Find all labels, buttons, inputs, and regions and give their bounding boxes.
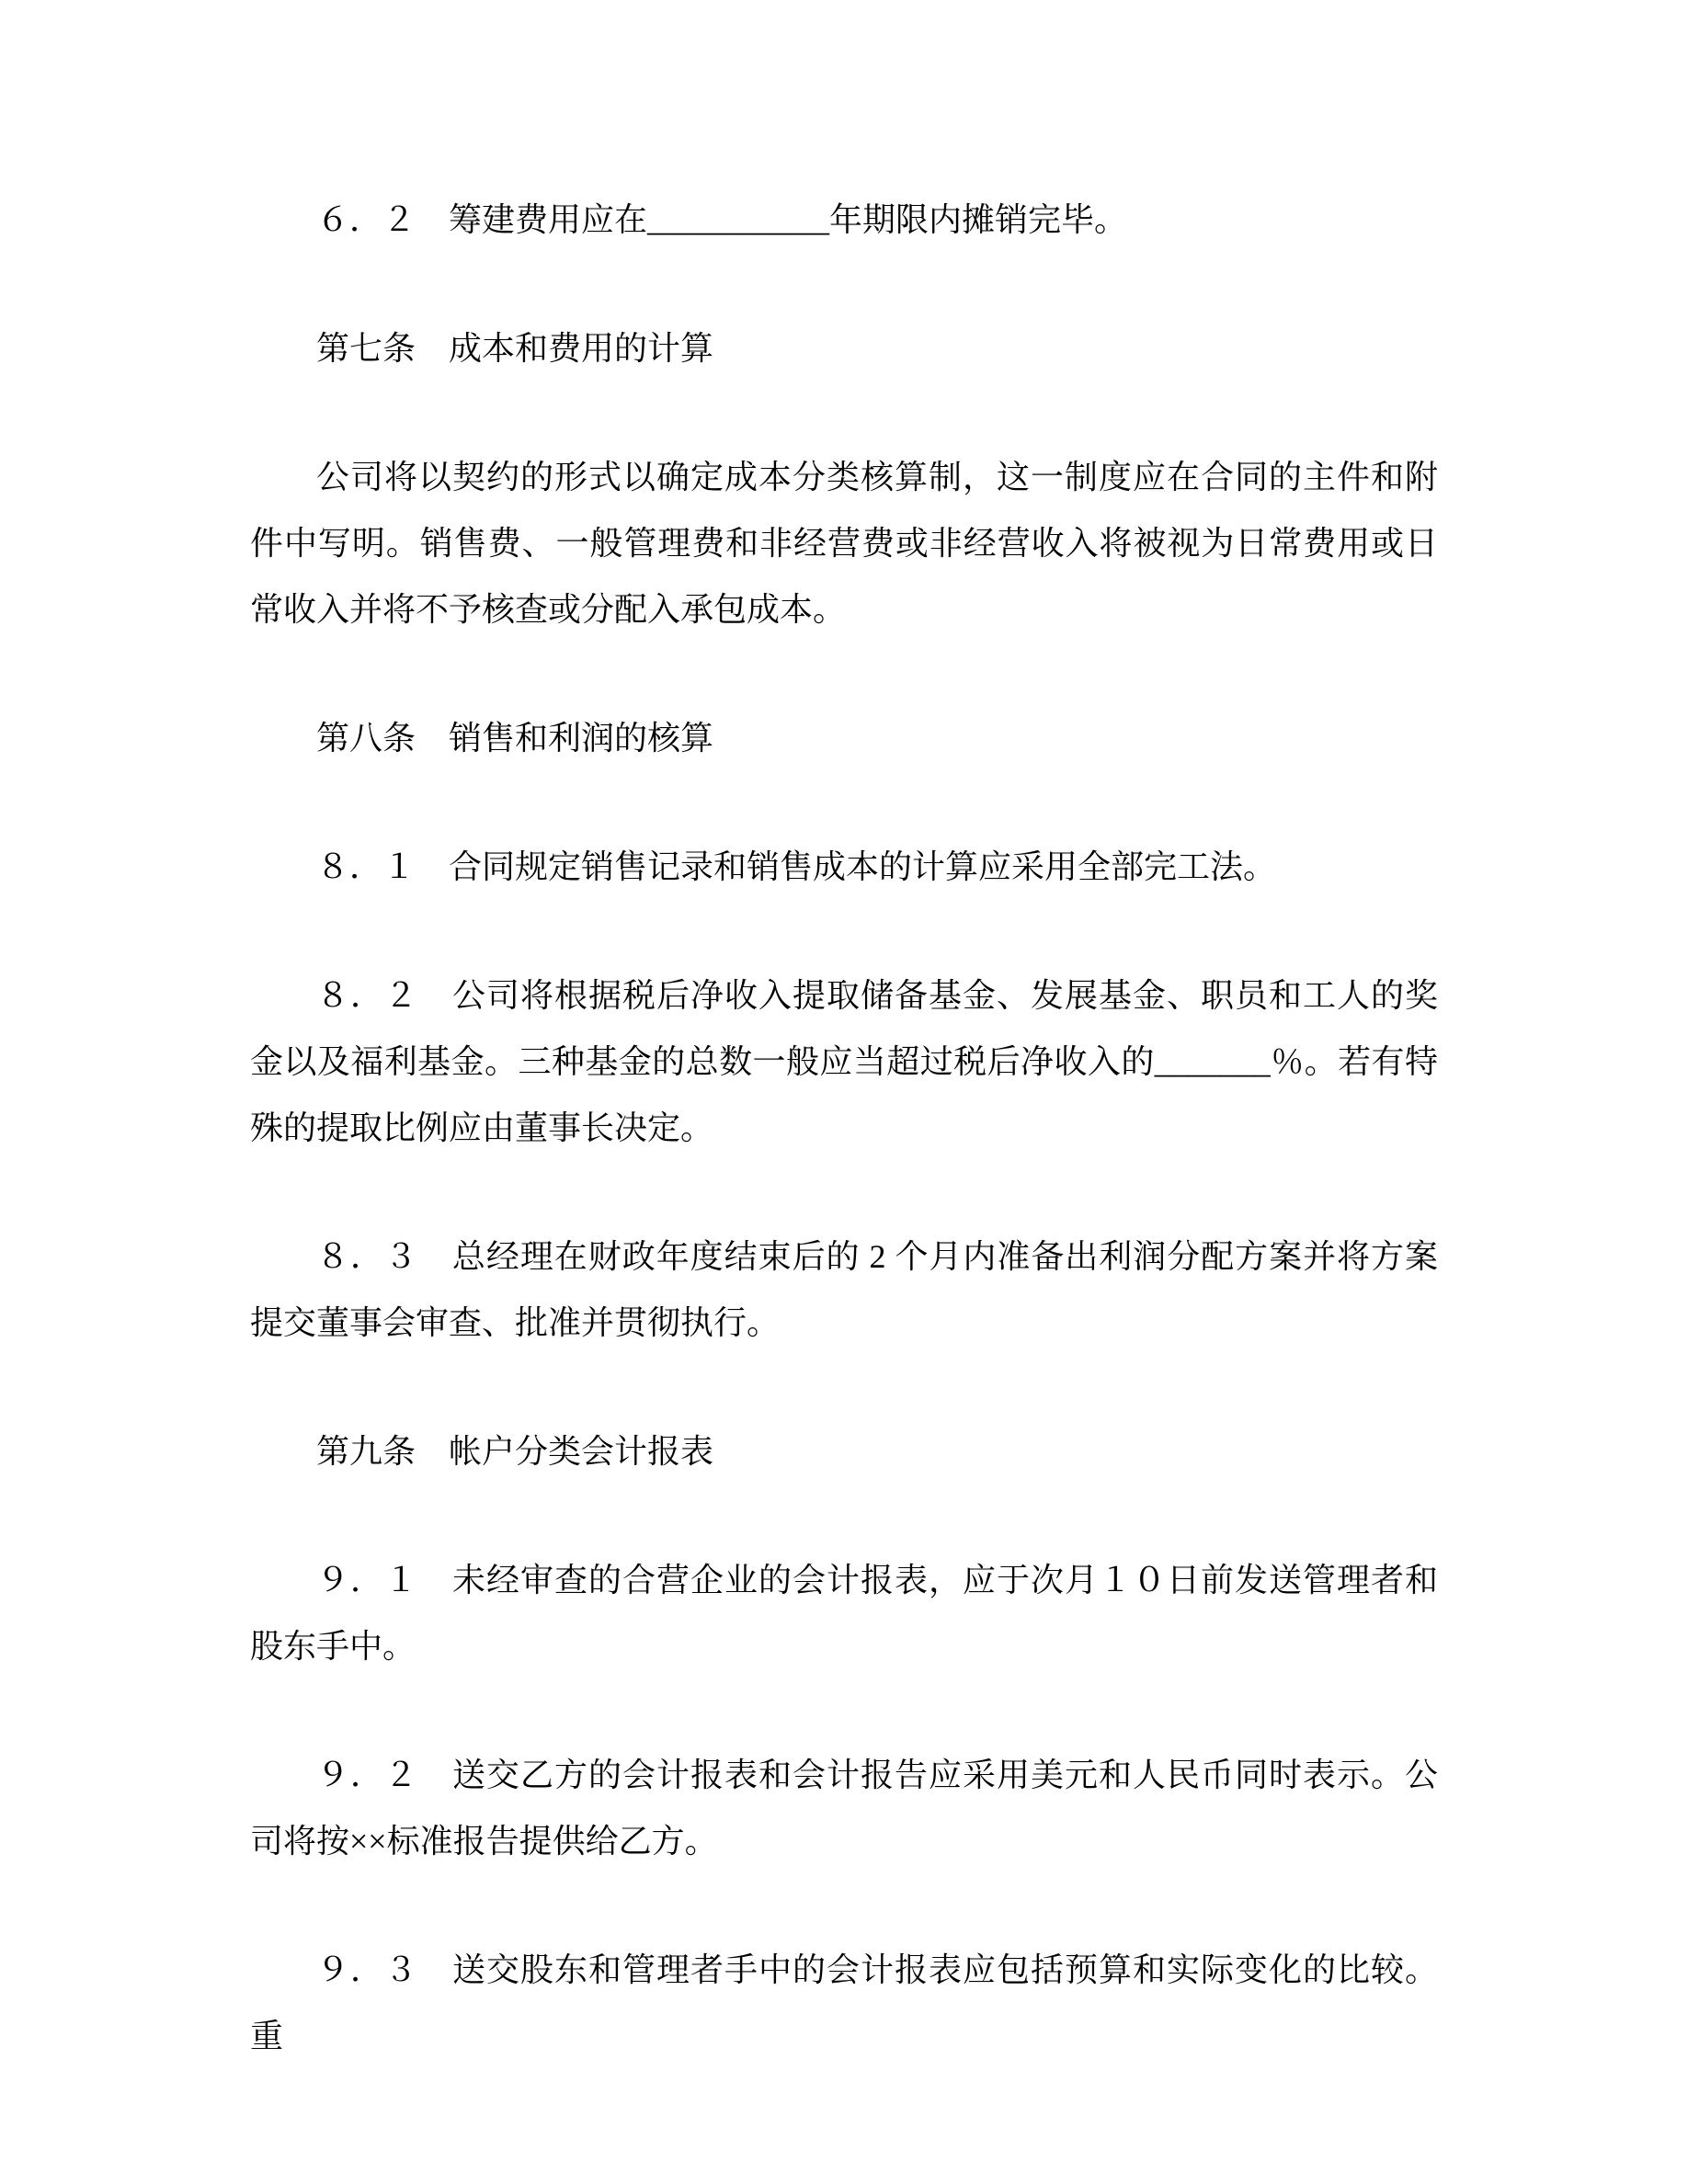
paragraph-clause-8-2: ８．２ 公司将根据税后净收入提取储备基金、发展基金、职员和工人的奖金以及福利基金… — [250, 962, 1438, 1161]
paragraph-clause-6-2: ６．２ 筹建费用应在___________年期限内摊销完毕。 — [250, 187, 1438, 253]
paragraph-article-8-heading: 第八条 销售和利润的核算 — [250, 705, 1438, 771]
paragraph-clause-9-2: ９．２ 送交乙方的会计报表和会计报告应采用美元和人民币同时表示。公司将按××标准… — [250, 1742, 1438, 1874]
paragraph-clause-9-1: ９．１ 未经审查的合营企业的会计报表，应于次月１０日前发送管理者和股东手中。 — [250, 1547, 1438, 1679]
paragraph-clause-8-3: ８．３ 总经理在财政年度结束后的 2 个月内准备出利润分配方案并将方案提交董事会… — [250, 1223, 1438, 1356]
paragraph-article-7-body: 公司将以契约的形式以确定成本分类核算制，这一制度应在合同的主件和附件中写明。销售… — [250, 444, 1438, 643]
paragraph-clause-8-1: ８．１ 合同规定销售记录和销售成本的计算应采用全部完工法。 — [250, 834, 1438, 900]
paragraph-article-9-heading: 第九条 帐户分类会计报表 — [250, 1418, 1438, 1484]
paragraph-article-7-heading: 第七条 成本和费用的计算 — [250, 315, 1438, 381]
contract-document-page: ６．２ 筹建费用应在___________年期限内摊销完毕。 第七条 成本和费用… — [0, 0, 1688, 2184]
paragraph-clause-9-3: ９．３ 送交股东和管理者手中的会计报表应包括预算和实际变化的比较。重 — [250, 1937, 1438, 2069]
